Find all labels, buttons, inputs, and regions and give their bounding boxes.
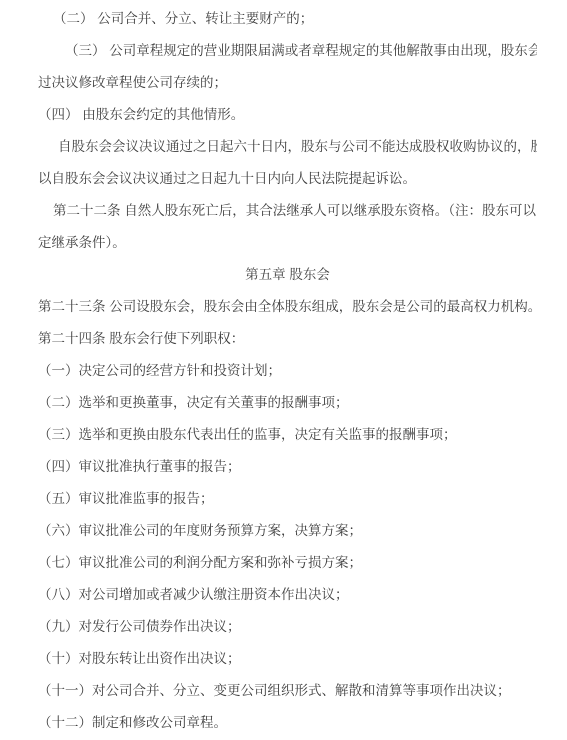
document-line: （五）审议批准监事的报告；: [38, 483, 537, 515]
document-line: 第二十四条 股东会行使下列职权：: [38, 323, 537, 355]
document-line: （二）选举和更换董事，决定有关董事的报酬事项；: [38, 387, 537, 419]
document-line: （四） 由股东会约定的其他情形。: [38, 99, 537, 131]
document-line: 定继承条件）。: [38, 227, 537, 259]
document-line: （十二）制定和修改公司章程。: [38, 707, 537, 739]
document-line: （六）审议批准公司的年度财务预算方案，决算方案；: [38, 515, 537, 547]
document-line: （二） 公司合并、分立、转让主要财产的；: [38, 3, 537, 35]
document-line: （九）对发行公司债券作出决议；: [38, 611, 537, 643]
document-page: （二） 公司合并、分立、转让主要财产的；（三） 公司章程规定的营业期限届满或者章…: [0, 0, 567, 740]
document-line: （十）对股东转让出资作出决议；: [38, 643, 537, 675]
document-line: （三）选举和更换由股东代表出任的监事，决定有关监事的报酬事项；: [38, 419, 537, 451]
document-line: （三） 公司章程规定的营业期限届满或者章程规定的其他解散事由出现，股东会会议通: [38, 35, 537, 67]
document-line: （八）对公司增加或者减少认缴注册资本作出决议；: [38, 579, 537, 611]
document-line: 第二十二条 自然人股东死亡后，其合法继承人可以继承股东资格。（注：股东可以自行约: [38, 195, 537, 227]
document-line: （十一）对公司合并、分立、变更公司组织形式、解散和清算等事项作出决议；: [38, 675, 537, 707]
document-line: 自股东会会议决议通过之日起六十日内，股东与公司不能达成股权收购协议的，股东可: [38, 131, 537, 163]
document-line: 第二十三条 公司设股东会，股东会由全体股东组成，股东会是公司的最高权力机构。: [38, 291, 537, 323]
document-line: （一）决定公司的经营方针和投资计划；: [38, 355, 537, 387]
document-line: （七）审议批准公司的利润分配方案和弥补亏损方案；: [38, 547, 537, 579]
document-line: 以自股东会会议决议通过之日起九十日内向人民法院提起诉讼。: [38, 163, 537, 195]
document-line: （四）审议批准执行董事的报告；: [38, 451, 537, 483]
document-line: 过决议修改章程使公司存续的；: [38, 67, 537, 99]
chapter-heading: 第五章 股东会: [38, 259, 537, 291]
